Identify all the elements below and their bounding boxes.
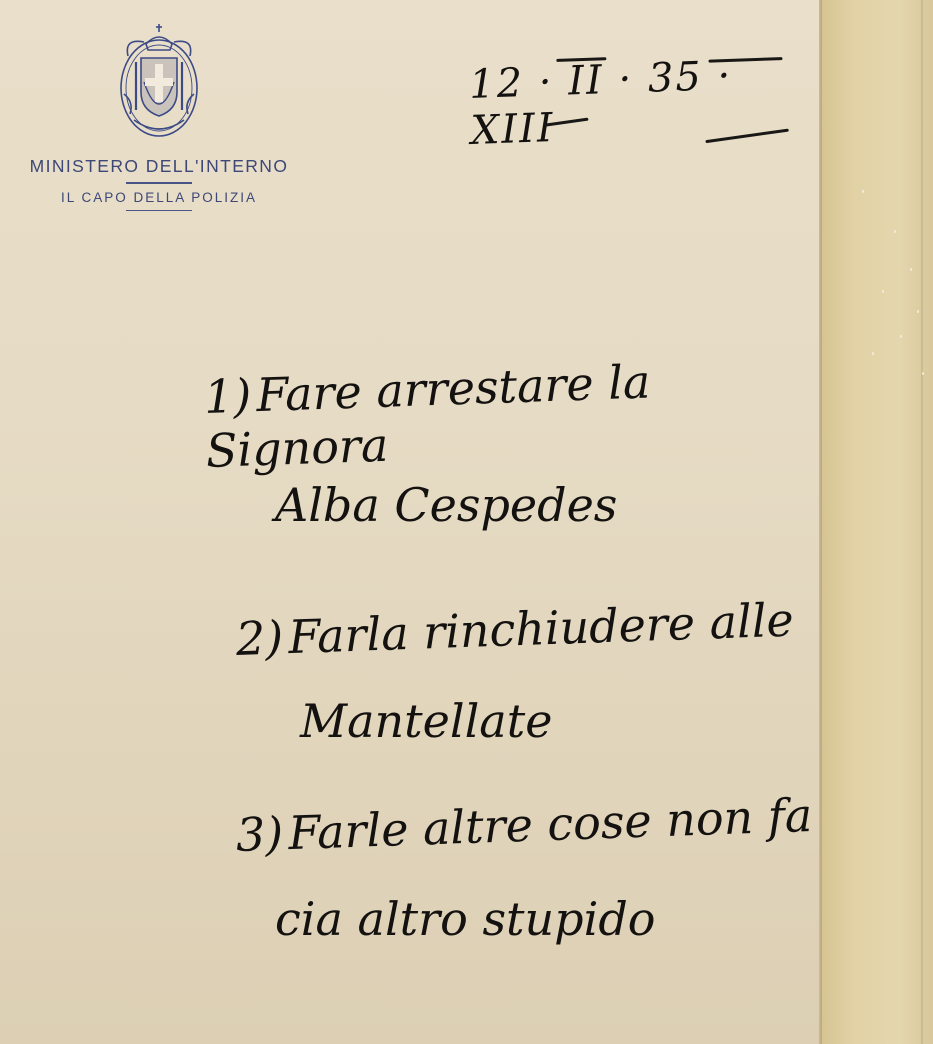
item-1-line-1: 1) Fare arrestare la Signora — [203, 348, 823, 477]
item-1-line-2: Alba Cespedes — [275, 478, 617, 532]
date-separator: · — [618, 56, 634, 102]
item-text: Farla rinchiudere alle — [287, 593, 794, 665]
item-2-line-2: Mantellate — [300, 694, 552, 748]
glare-speck — [894, 230, 896, 233]
glare-speck — [900, 335, 902, 338]
letterhead: MINISTERO DELL'INTERNO IL CAPO DELLA POL… — [0, 22, 318, 217]
handwritten-date: 12 · II · 35 · XIII — [468, 50, 823, 154]
divider — [126, 182, 192, 184]
date-day: 12 — [468, 60, 524, 108]
folder-edge — [822, 0, 933, 1044]
item-3-line-1: 3) Farle altre cose non fa — [235, 788, 813, 862]
glare-speck — [872, 352, 874, 355]
divider — [126, 210, 192, 212]
savoy-coat-of-arms-icon — [114, 22, 204, 140]
glare-speck — [910, 268, 912, 271]
ministry-name: MINISTERO DELL'INTERNO — [0, 156, 318, 177]
item-text: Farle altre cose non fa — [287, 788, 813, 860]
date-era: XIII — [470, 105, 555, 154]
glare-speck — [922, 372, 924, 375]
item-text: Fare arrestare la Signora — [205, 354, 651, 478]
item-number: 3) — [235, 806, 284, 862]
item-number: 1) — [203, 368, 252, 424]
date-month: II — [567, 57, 604, 104]
office-name: IL CAPO DELLA POLIZIA — [0, 190, 318, 205]
glare-speck — [882, 290, 884, 293]
letter-paper: MINISTERO DELL'INTERNO IL CAPO DELLA POL… — [0, 0, 822, 1044]
date-separator: · — [538, 59, 554, 105]
date-year: 35 — [647, 54, 703, 102]
underline-stroke — [705, 129, 789, 144]
item-2-line-1: 2) Farla rinchiudere alle — [235, 593, 794, 666]
glare-speck — [862, 190, 864, 193]
glare-speck — [917, 310, 919, 313]
item-3-line-2: cia altro stupido — [275, 892, 655, 946]
item-number: 2) — [235, 610, 284, 666]
